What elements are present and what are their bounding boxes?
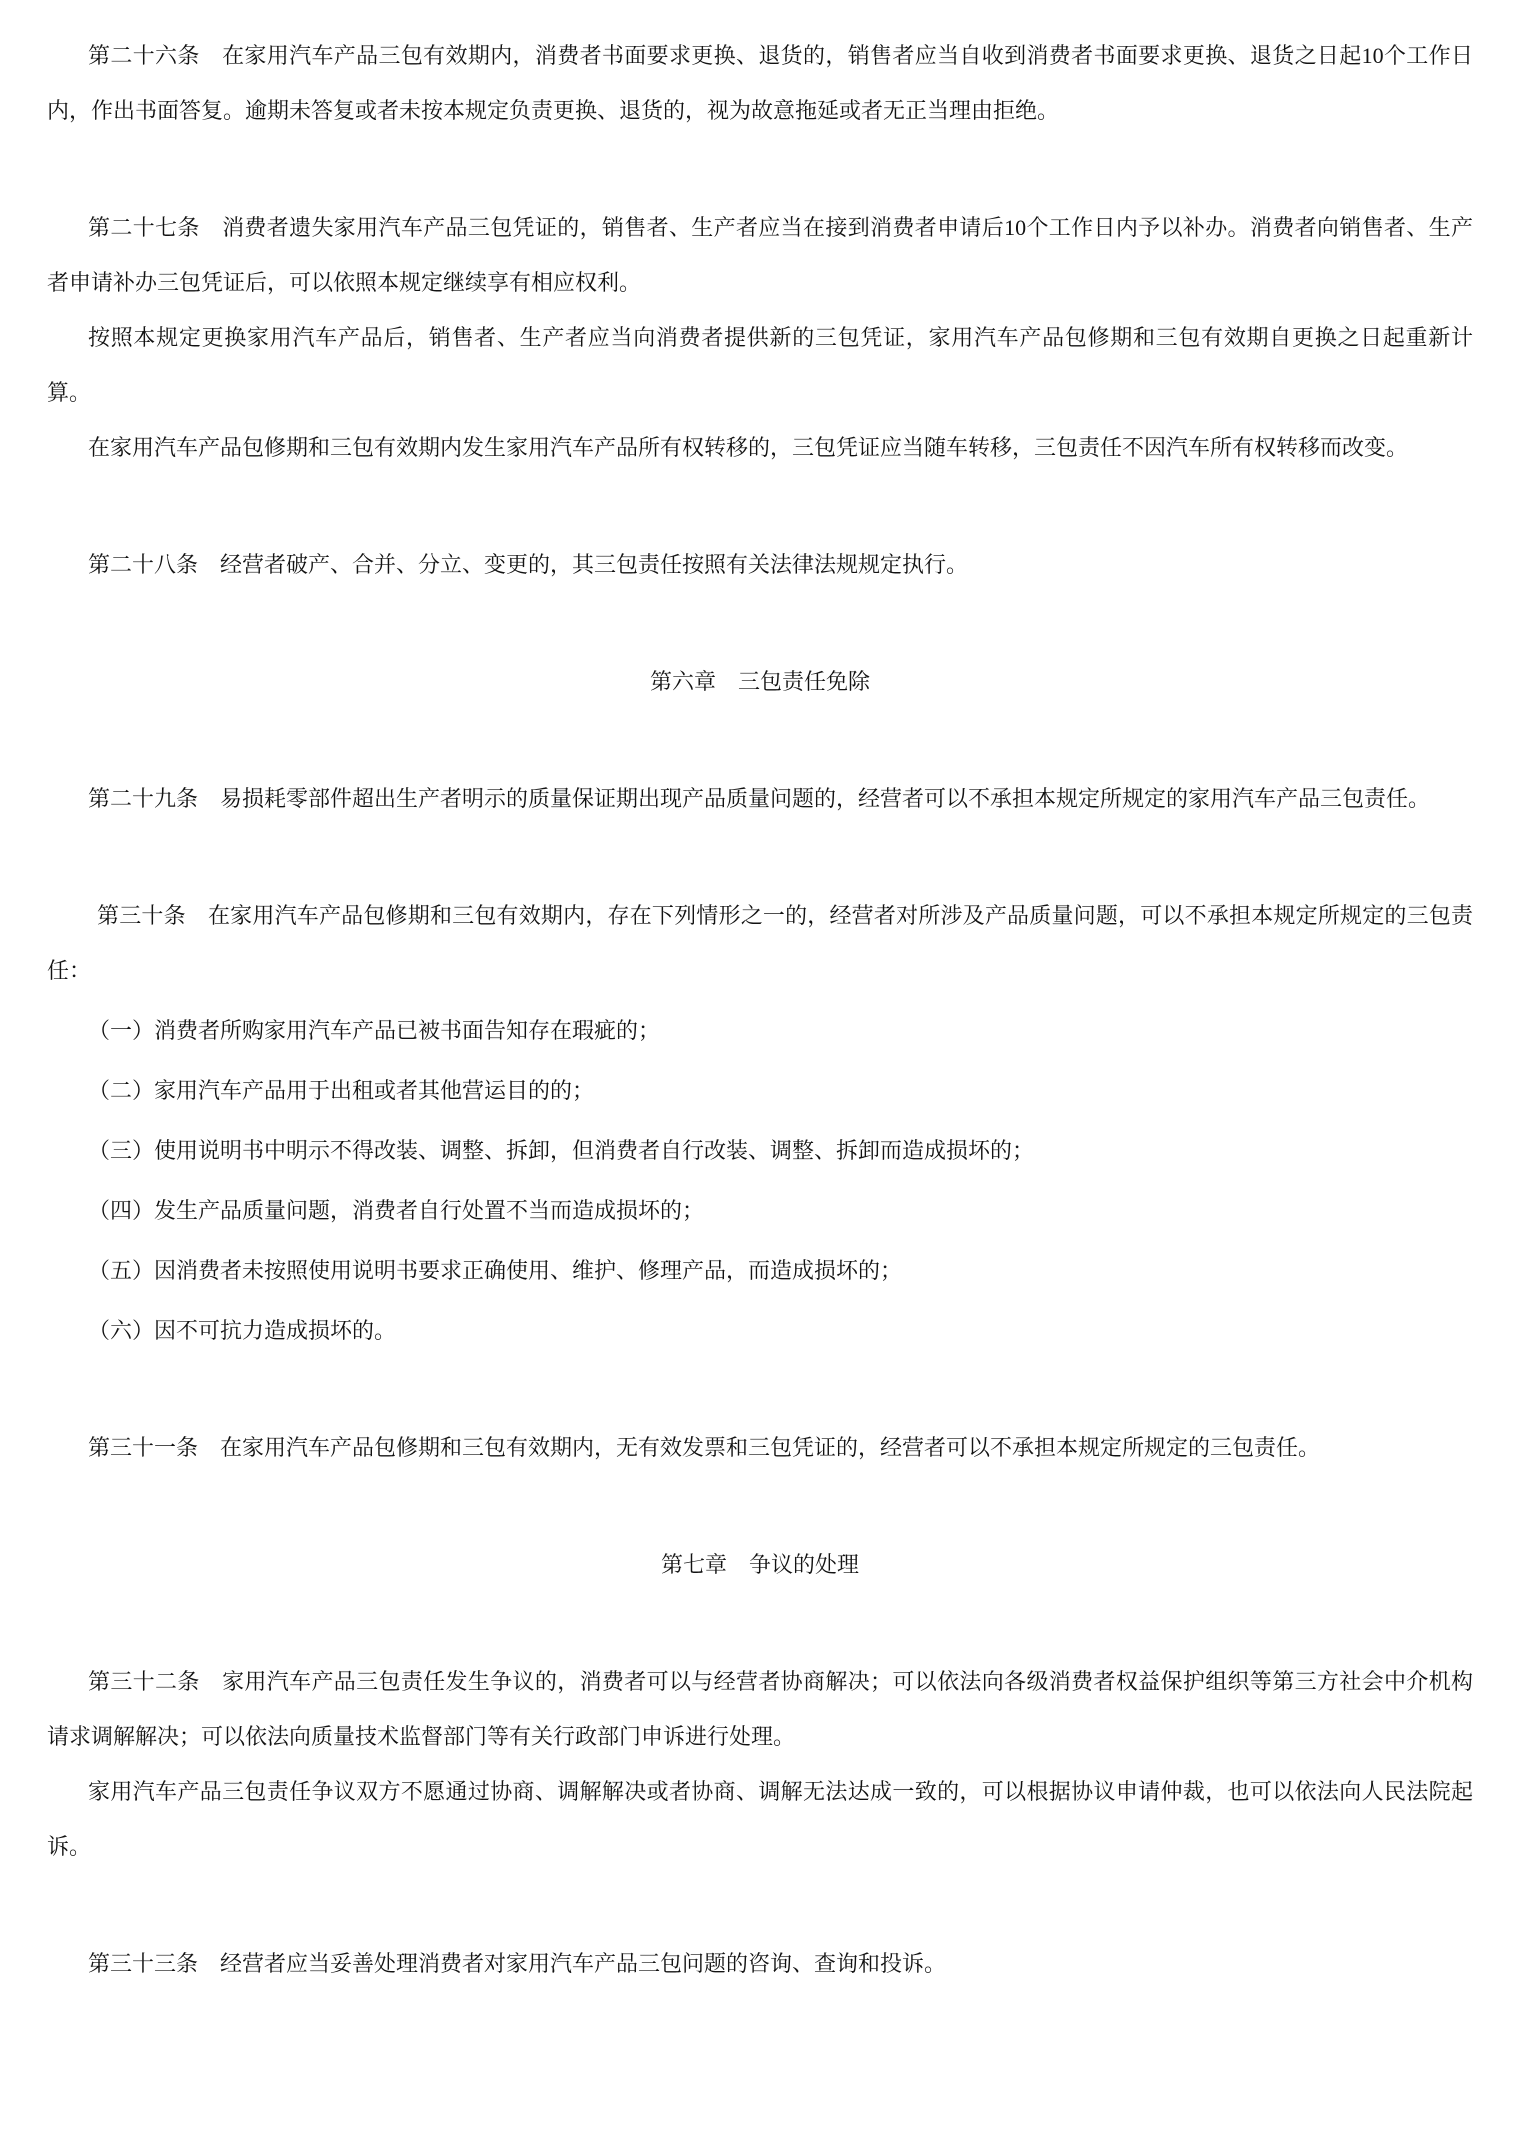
list-item: （四）发生产品质量问题，消费者自行处置不当而造成损坏的； (47, 1183, 1473, 1238)
list-item: （五）因消费者未按照使用说明书要求正确使用、维护、修理产品，而造成损坏的； (47, 1243, 1473, 1298)
article-paragraph: 第二十六条 在家用汽车产品三包有效期内，消费者书面要求更换、退货的，销售者应当自… (47, 28, 1473, 138)
article-paragraph: 第二十七条 消费者遗失家用汽车产品三包凭证的，销售者、生产者应当在接到消费者申请… (47, 200, 1473, 310)
article-paragraph: 第三十条 在家用汽车产品包修期和三包有效期内，存在下列情形之一的，经营者对所涉及… (47, 888, 1473, 998)
article-paragraph: 第二十九条 易损耗零部件超出生产者明示的质量保证期出现产品质量问题的，经营者可以… (47, 771, 1473, 826)
article-paragraph: 第三十三条 经营者应当妥善处理消费者对家用汽车产品三包问题的咨询、查询和投诉。 (47, 1936, 1473, 1991)
list-item: （一）消费者所购家用汽车产品已被书面告知存在瑕疵的； (47, 1003, 1473, 1058)
article-paragraph: 第三十二条 家用汽车产品三包责任发生争议的，消费者可以与经营者协商解决；可以依法… (47, 1654, 1473, 1764)
list-item: （三）使用说明书中明示不得改装、调整、拆卸，但消费者自行改装、调整、拆卸而造成损… (47, 1123, 1473, 1178)
article-paragraph: 按照本规定更换家用汽车产品后，销售者、生产者应当向消费者提供新的三包凭证，家用汽… (47, 310, 1473, 420)
article-paragraph: 在家用汽车产品包修期和三包有效期内发生家用汽车产品所有权转移的，三包凭证应当随车… (47, 420, 1473, 475)
list-item: （二）家用汽车产品用于出租或者其他营运目的的； (47, 1063, 1473, 1118)
document-page: 第二十六条 在家用汽车产品三包有效期内，消费者书面要求更换、退货的，销售者应当自… (0, 0, 1520, 2150)
article-paragraph: 第三十一条 在家用汽车产品包修期和三包有效期内，无有效发票和三包凭证的，经营者可… (47, 1420, 1473, 1475)
document-body: 第二十六条 在家用汽车产品三包有效期内，消费者书面要求更换、退货的，销售者应当自… (47, 28, 1473, 1991)
list-item: （六）因不可抗力造成损坏的。 (47, 1303, 1473, 1358)
chapter-heading: 第六章 三包责任免除 (47, 654, 1473, 709)
article-paragraph: 家用汽车产品三包责任争议双方不愿通过协商、调解解决或者协商、调解无法达成一致的，… (47, 1764, 1473, 1874)
chapter-heading: 第七章 争议的处理 (47, 1537, 1473, 1592)
article-paragraph: 第二十八条 经营者破产、合并、分立、变更的，其三包责任按照有关法律法规规定执行。 (47, 537, 1473, 592)
